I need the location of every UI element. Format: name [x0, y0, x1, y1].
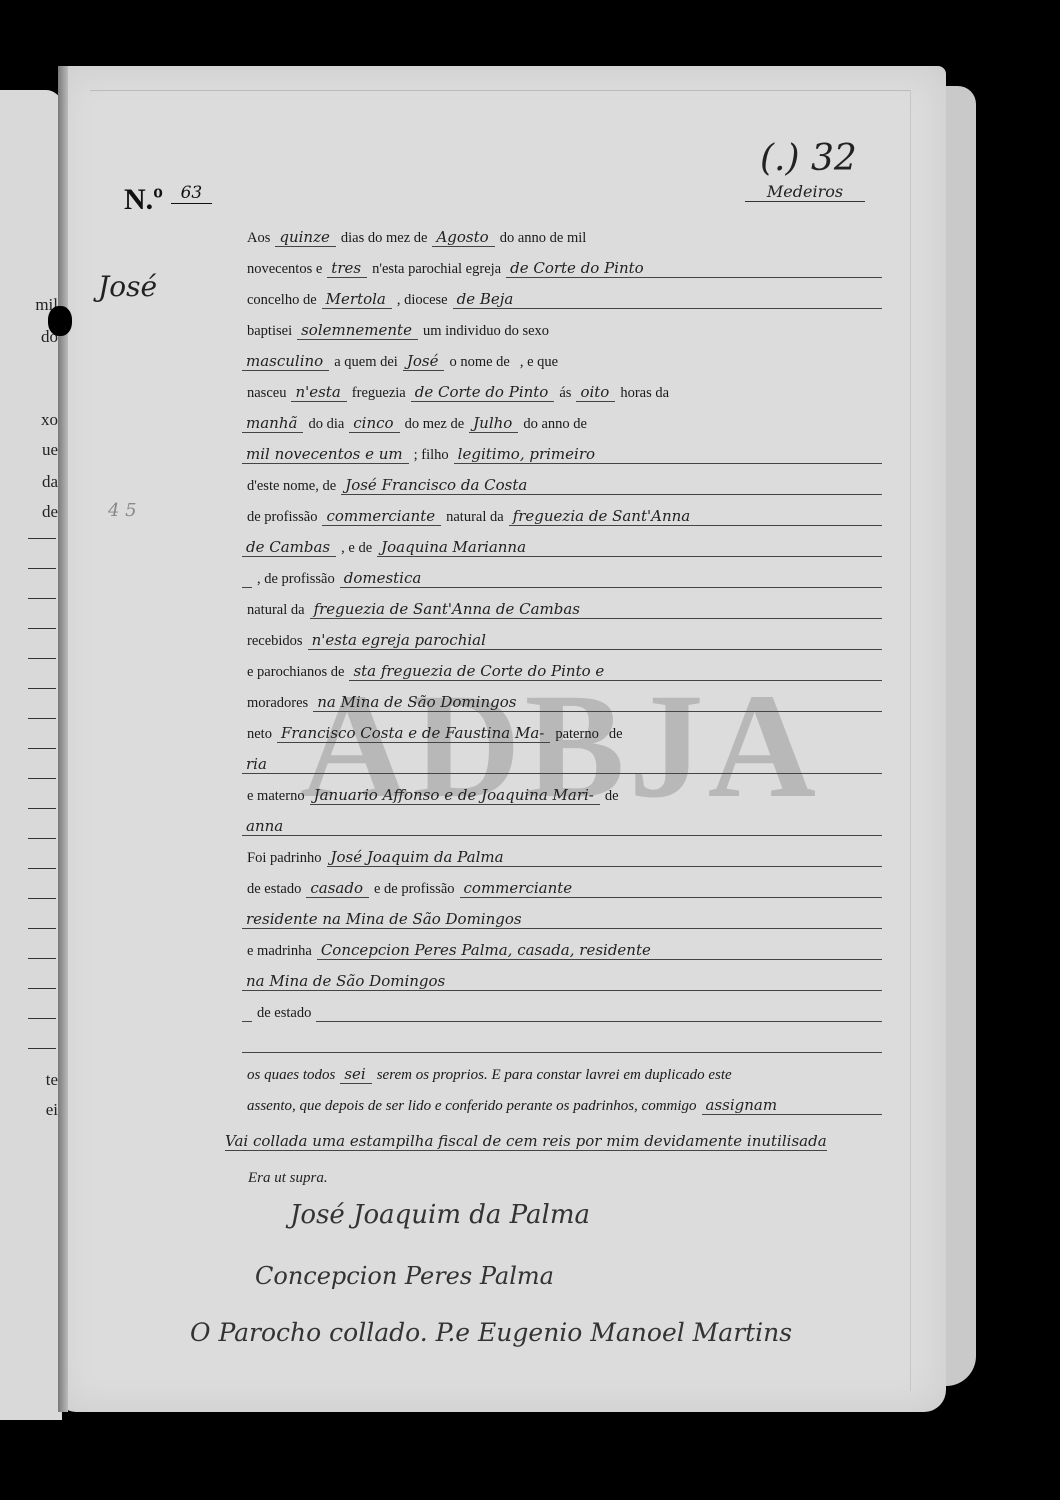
priest-signature: O Parocho collado. P.e Eugenio Manoel Ma… — [190, 1318, 792, 1347]
handwritten-entry: Agosto — [432, 228, 494, 247]
record-line: mil novecentos e um; filholegitimo, prim… — [242, 433, 882, 464]
handwritten-entry: commerciante — [322, 507, 441, 526]
printed-text: nasceu — [242, 385, 291, 402]
record-line: ria — [242, 743, 882, 774]
entry-number: N.º 63 — [124, 183, 212, 217]
record-line: d'este nome, deJosé Francisco da Costa — [242, 464, 882, 495]
paper-hole — [48, 306, 72, 336]
record-line: e parochianos desta freguezia de Corte d… — [242, 650, 882, 681]
book-gutter — [58, 66, 68, 1412]
record-line: de estado — [242, 991, 882, 1022]
record-line: moradoresna Mina de São Domingos — [242, 681, 882, 712]
printed-text: freguezia — [347, 385, 411, 402]
printed-text: serem os proprios. E para constar lavrei… — [372, 1067, 737, 1084]
handwritten-entry — [242, 587, 252, 588]
handwritten-entry: tres — [327, 259, 367, 278]
handwritten-entry: José Francisco da Costa — [341, 476, 882, 495]
printed-text: os quaes todos — [242, 1067, 340, 1084]
handwritten-entry: na Mina de São Domingos — [242, 972, 882, 991]
record-line: os quaes todosseiserem os proprios. E pa… — [242, 1053, 882, 1084]
left-page-fragment: ue — [42, 440, 58, 460]
printed-text: do anno de — [518, 416, 592, 433]
printed-text: um individuo do sexo — [418, 323, 554, 340]
handwritten-entry: de Corte do Pinto — [411, 383, 555, 402]
godmother-signature: Concepcion Peres Palma — [255, 1262, 554, 1290]
printed-text: n'esta parochial egreja — [367, 261, 506, 278]
printed-text: de — [600, 788, 624, 805]
record-line: na Mina de São Domingos — [242, 960, 882, 991]
handwritten-entry: sta freguezia de Corte do Pinto e — [349, 662, 882, 681]
printed-text: e parochianos de — [242, 664, 349, 681]
record-line: residente na Mina de São Domingos — [242, 898, 882, 929]
handwritten-entry: na Mina de São Domingos — [313, 693, 882, 712]
printed-text: Aos — [242, 230, 275, 247]
handwritten-entry — [316, 1021, 882, 1022]
printed-text: paterno — [550, 726, 603, 743]
handwritten-entry: anna — [242, 817, 882, 836]
printed-text: neto — [242, 726, 277, 743]
margin-name: José — [98, 270, 157, 303]
record-line: de profissãocommerciantenatural dafregue… — [242, 495, 882, 526]
handwritten-entry: ria — [242, 755, 882, 774]
handwritten-entry: domestica — [340, 569, 882, 588]
stamp-annotation: Vai collada uma estampilha fiscal de cem… — [225, 1130, 925, 1152]
handwritten-entry: legitimo, primeiro — [454, 445, 882, 464]
record-line: novecentos etresn'esta parochial egrejad… — [242, 247, 882, 278]
folio-annotation: Medeiros — [745, 182, 865, 202]
handwritten-entry: de Corte do Pinto — [506, 259, 882, 278]
printed-text: assento, que depois de ser lido e confer… — [242, 1098, 702, 1115]
printed-text: de estado — [242, 881, 306, 898]
record-line: recebidosn'esta egreja parochial — [242, 619, 882, 650]
record-line: anna — [242, 805, 882, 836]
record-line: nasceun'estafregueziade Corte do Pintoás… — [242, 371, 882, 402]
handwritten-entry: casado — [306, 879, 369, 898]
handwritten-entry: manhã — [242, 414, 303, 433]
printed-text: e materno — [242, 788, 310, 805]
printed-text: de — [604, 726, 628, 743]
handwritten-entry: freguezia de Sant'Anna — [509, 507, 882, 526]
handwritten-entry: n'esta — [291, 383, 346, 402]
printed-text: , diocese — [392, 292, 453, 309]
handwritten-entry — [242, 1052, 882, 1053]
left-facing-page: mil do xo ue da de te ei — [0, 90, 62, 1420]
record-line: concelho deMertola, diocesede Beja — [242, 278, 882, 309]
handwritten-entry: masculino — [242, 352, 329, 371]
handwritten-entry — [242, 1021, 252, 1022]
handwritten-entry: cinco — [349, 414, 399, 433]
record-line: assento, que depois de ser lido e confer… — [242, 1084, 882, 1115]
left-page-fragment: xo — [41, 410, 58, 430]
printed-text: concelho de — [242, 292, 322, 309]
record-line: de estadocasadoe de profissãocommerciant… — [242, 867, 882, 898]
record-line: e maternoJanuario Affonso e de Joaquina … — [242, 774, 882, 805]
handwritten-entry: commerciante — [460, 879, 882, 898]
record-line: netoFrancisco Costa e de Faustina Ma-pat… — [242, 712, 882, 743]
record-line: manhãdo diacincodo mez deJulhodo anno de — [242, 402, 882, 433]
printed-text: e madrinha — [242, 943, 317, 960]
handwritten-entry: Joaquina Marianna — [377, 538, 882, 557]
record-line: baptiseisolemnementeum individuo do sexo — [242, 309, 882, 340]
left-page-fragment: da — [42, 472, 58, 492]
printed-text: recebidos — [242, 633, 308, 650]
left-page-fragment: ei — [46, 1100, 58, 1120]
handwritten-entry: sei — [340, 1065, 371, 1084]
record-line: natural dafreguezia de Sant'Anna de Camb… — [242, 588, 882, 619]
printed-text: o nome de — [444, 354, 514, 371]
printed-text: a quem dei — [329, 354, 403, 371]
handwritten-entry: de Beja — [453, 290, 882, 309]
handwritten-entry: Julho — [469, 414, 518, 433]
record-line: de Cambas, e deJoaquina Marianna — [242, 526, 882, 557]
left-page-fragment: te — [46, 1070, 58, 1090]
handwritten-entry: de Cambas — [242, 538, 336, 557]
printed-text: dias do mez de — [336, 230, 433, 247]
handwritten-entry: freguezia de Sant'Anna de Cambas — [310, 600, 882, 619]
printed-text: baptisei — [242, 323, 297, 340]
printed-text: de estado — [252, 1005, 316, 1022]
printed-text: do mez de — [400, 416, 470, 433]
printed-text: natural da — [441, 509, 509, 526]
printed-text: novecentos e — [242, 261, 327, 278]
margin-pencil-mark: 4 5 — [108, 500, 137, 521]
closing-formula: Era ut supra. — [248, 1170, 328, 1187]
printed-text: , de profissão — [252, 571, 340, 588]
handwritten-entry: José — [403, 352, 445, 371]
printed-text: ás — [554, 385, 576, 402]
handwritten-entry: Francisco Costa e de Faustina Ma- — [277, 724, 550, 743]
printed-text: do anno de mil — [495, 230, 592, 247]
entry-number-label: N.º — [124, 183, 163, 216]
record-line: e madrinhaConcepcion Peres Palma, casada… — [242, 929, 882, 960]
handwritten-entry: Mertola — [322, 290, 392, 309]
handwritten-entry: solemnemente — [297, 321, 418, 340]
entry-number-value: 63 — [171, 183, 213, 204]
handwritten-entry: n'esta egreja parochial — [308, 631, 882, 650]
left-page-fragment: de — [42, 502, 58, 522]
handwritten-entry: residente na Mina de São Domingos — [242, 910, 882, 929]
record-line: , de profissãodomestica — [242, 557, 882, 588]
record-line — [242, 1022, 882, 1053]
printed-text: e de profissão — [369, 881, 460, 898]
handwritten-entry: Januario Affonso e de Joaquina Mari- — [310, 786, 600, 805]
record-body: Aosquinzedias do mez deAgostodo anno de … — [242, 216, 882, 1115]
printed-text: do dia — [303, 416, 349, 433]
folio-number: (.) 32 — [760, 138, 857, 179]
printed-text: natural da — [242, 602, 310, 619]
handwritten-entry: mil novecentos e um — [242, 445, 409, 464]
handwritten-entry: quinze — [275, 228, 336, 247]
record-line: masculinoa quem deiJoséo nome de, e que — [242, 340, 882, 371]
printed-text: d'este nome, de — [242, 478, 341, 495]
record-line: Foi padrinhoJosé Joaquim da Palma — [242, 836, 882, 867]
printed-text: horas da — [615, 385, 674, 402]
printed-text: , e que — [515, 354, 563, 371]
printed-text: ; filho — [409, 447, 454, 464]
record-line: Aosquinzedias do mez deAgostodo anno de … — [242, 216, 882, 247]
printed-text: de profissão — [242, 509, 322, 526]
handwritten-entry: assignam — [702, 1096, 882, 1115]
handwritten-entry: oito — [576, 383, 615, 402]
printed-text: Foi padrinho — [242, 850, 327, 867]
printed-text: moradores — [242, 695, 313, 712]
godfather-signature: José Joaquim da Palma — [290, 1200, 590, 1230]
handwritten-entry: José Joaquim da Palma — [327, 848, 882, 867]
handwritten-entry: Concepcion Peres Palma, casada, resident… — [317, 941, 882, 960]
printed-text: , e de — [336, 540, 377, 557]
